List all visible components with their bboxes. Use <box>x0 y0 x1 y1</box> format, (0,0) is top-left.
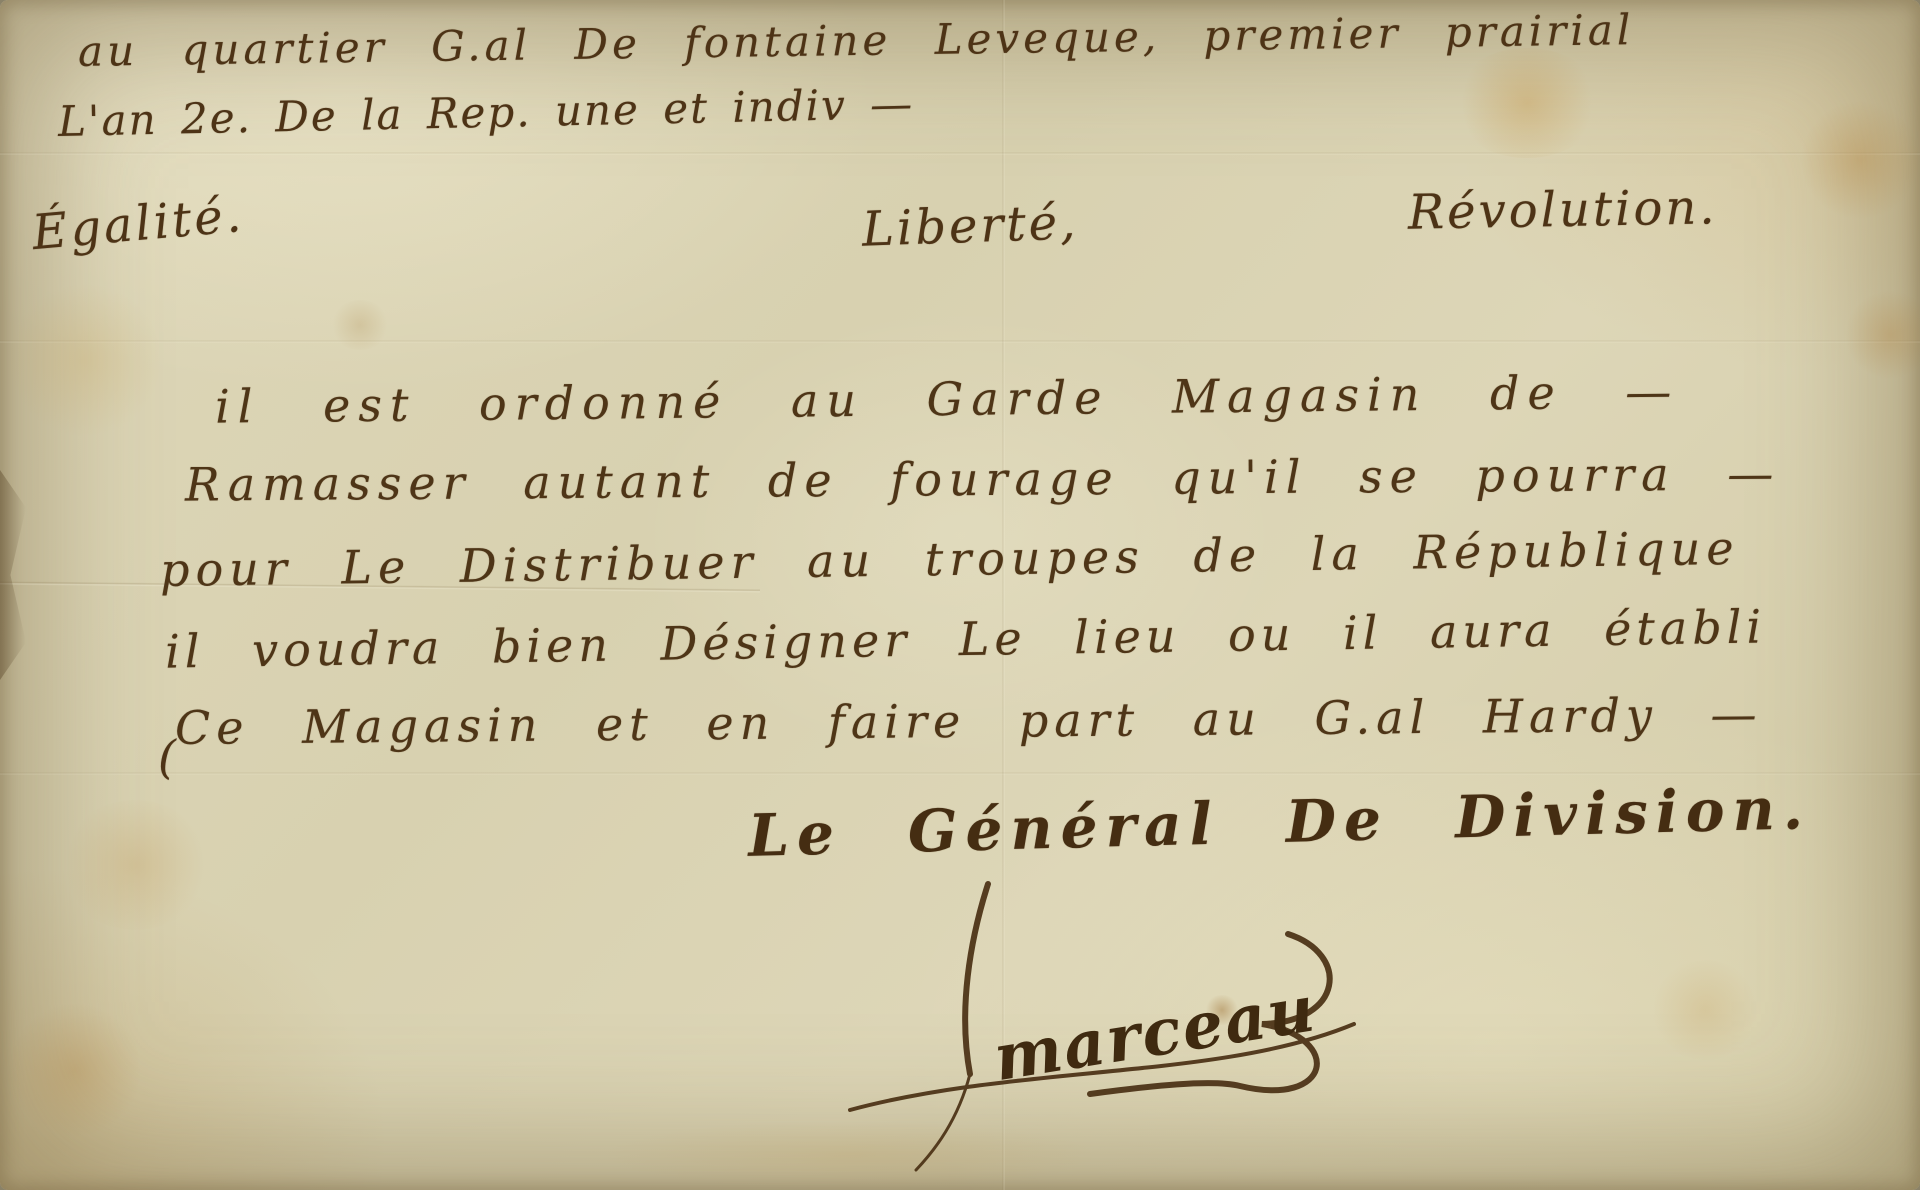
stain <box>10 1000 140 1140</box>
signature-ascender-stroke <box>965 884 988 1074</box>
torn-left-edge <box>0 470 26 680</box>
stain <box>330 300 390 350</box>
body-line: Ce Magasin et en faire part au G.al Hard… <box>175 687 1763 755</box>
body-line: il est ordonné au Garde Magasin de — <box>215 364 1680 433</box>
dateline-year: L'an 2e. De la Rep. une et indiv — <box>58 79 915 146</box>
closing-title: Le Général De Division. <box>747 774 1811 870</box>
stain <box>60 800 210 930</box>
stain <box>1800 100 1920 220</box>
signature-name: marceau <box>989 971 1321 1096</box>
horizontal-crease-top <box>0 152 1920 155</box>
stain <box>10 280 160 440</box>
horizontal-crease-mid <box>0 340 1920 343</box>
body-line: il voudra bien Désigner Le lieu ou il au… <box>165 599 1767 678</box>
manuscript-page: au quartier G.al De fontaine Leveque, pr… <box>0 0 1920 1190</box>
motto-revolution: Révolution. <box>1408 179 1718 240</box>
motto-egalite: Égalité. <box>30 187 246 261</box>
pen-mark: ( <box>158 730 176 784</box>
dateline-place: au quartier G.al De fontaine Leveque, pr… <box>78 5 1635 76</box>
motto-liberte: Liberté, <box>861 194 1079 258</box>
signature-block: marceau <box>820 872 1400 1172</box>
stain <box>1845 290 1920 380</box>
body-line: pour Le Distribuer au troupes de la Répu… <box>160 521 1740 597</box>
body-line: Ramasser autant de fourage qu'il se pour… <box>185 446 1781 511</box>
signature-flourish: marceau <box>820 872 1400 1172</box>
horizontal-crease-low <box>0 772 1920 775</box>
stain <box>1650 960 1760 1060</box>
stain <box>1452 48 1602 158</box>
